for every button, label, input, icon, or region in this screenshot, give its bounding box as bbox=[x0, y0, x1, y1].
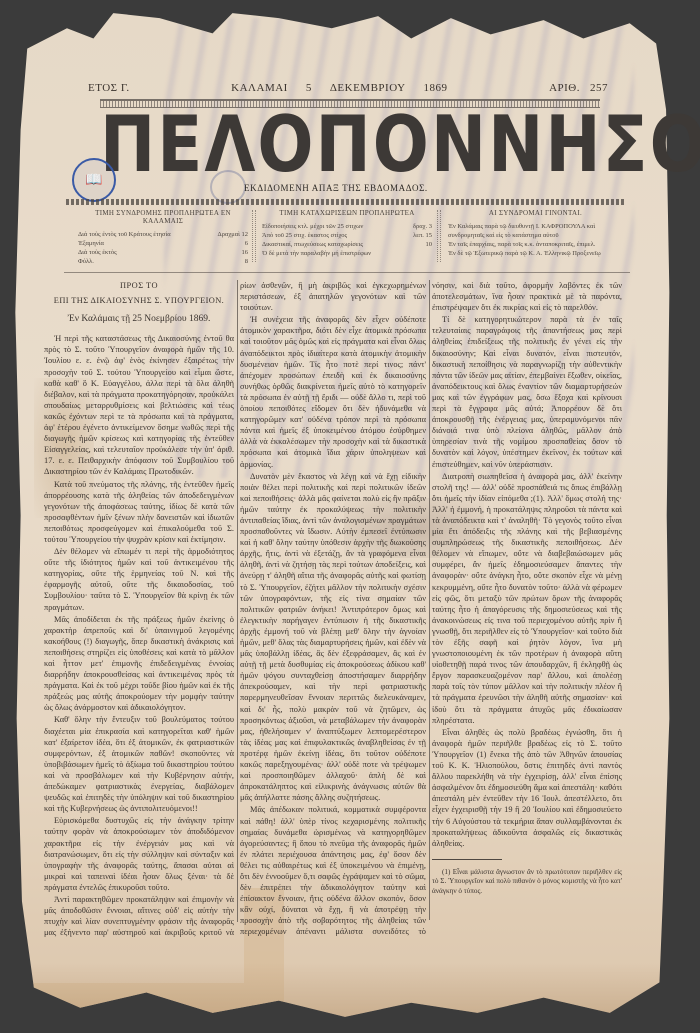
paragraph: Διατροπὴ σιωπηθεῖσα ἡ ἀναφορὰ μας, ἀλλ' … bbox=[432, 471, 622, 726]
date-month: ΔΕΚΕΜΒΡΙΟΥ bbox=[330, 82, 406, 94]
address-line-2: ΕΠΙ ΤΗΣ ΔΙΚΑΙΟΣΥΝΗΣ Σ. ΥΠΟΥΡΓΕΙΟΝ. bbox=[44, 295, 234, 306]
date-day: 5 bbox=[306, 82, 312, 94]
column-rule bbox=[429, 280, 430, 920]
advertising-heading: ΤΙΜΗ ΚΑΤΑΧΩΡΙΣΕΩΝ ΠΡΟΠΛΗΡΩΤΕΑ bbox=[262, 209, 432, 217]
dateline: ΕΤΟΣ Γ. ΚΑΛΑΜΑΙ 5 ΔΕΚΕΜΒΡΙΟΥ 1869 ΑΡΙΘ. … bbox=[88, 82, 608, 94]
ornamental-rule bbox=[66, 199, 626, 205]
paragraph: Ἡ περὶ τῆς καταστάσεως τῆς Δικαιοσύνης ἐ… bbox=[44, 333, 234, 477]
column-rule bbox=[237, 280, 238, 922]
paragraph: Ἡ συνέχεια τῆς ἀναφορᾶς δὲν εἶχεν οὐδέπο… bbox=[240, 314, 426, 469]
paragraph: Ἀντὶ παρακτηθῶμεν προκατάληψιν καὶ ἐπιμο… bbox=[44, 894, 234, 940]
year-label: ΕΤΟΣ Γ. bbox=[88, 82, 130, 94]
tape-strip bbox=[14, 983, 244, 1023]
place-name: ΚΑΛΑΜΑΙ bbox=[231, 82, 288, 94]
article-column-3: νόησιν, καὶ διὰ τοῦτο, ἀφορμὴν λαβόντες … bbox=[432, 280, 622, 897]
paragraph: Εὑρισκόμεθα δυστυχῶς εἰς τὴν ἀνάγκην τρί… bbox=[44, 815, 234, 893]
price-row: Διά τοὺς ἐντὸς τοῦ Κράτους ἐτησίαΔραχμαὶ… bbox=[78, 230, 248, 239]
price-row: Ἑξαμηνία6 bbox=[78, 239, 248, 248]
paragraph: Καθ' ὅλην τὴν ἔντευξιν τοῦ βουλεύματος τ… bbox=[44, 714, 234, 814]
footnote-rule bbox=[432, 859, 502, 860]
address-line-1: ΠΡΟΣ ΤΟ bbox=[44, 280, 234, 291]
price-row: Εἰδοποιήσεις κτλ. μέχρι τῶν 25 στιχωνδρα… bbox=[262, 222, 432, 231]
issue-label: ΑΡΙΘ. bbox=[549, 82, 580, 94]
bottom-wear bbox=[14, 963, 676, 1023]
column-divider bbox=[437, 210, 441, 262]
price-row: Δικαστικαί, πτωχεύσεως καταχωρίσεις10 bbox=[262, 240, 432, 249]
place-date: Ἐν Καλάμαις τῇ 25 Νοεμβρίου 1869. bbox=[44, 314, 234, 325]
paragraph: Κατὰ τοῦ πνεύματος τῆς πλάνης, τῆς ἐντεῦ… bbox=[44, 479, 234, 546]
subscription-prices: ΤΙΜΗ ΣΥΝΔΡΟΜΗΣ ΠΡΟΠΛΗΡΩΤΕΑ ΕΝ ΚΑΛΑΜΑΙΣ Δ… bbox=[78, 209, 248, 266]
newspaper-title: ΠΕΛΟΠΟΝΝΗΣΟΣ bbox=[100, 106, 592, 184]
column-divider bbox=[252, 210, 256, 262]
article-column-2: ρίων ἀσθενῶν, ἢ μὴ ἀκριβῶς καὶ ἐγκεχωρημ… bbox=[240, 280, 426, 940]
price-row: Φύλλ.8 bbox=[78, 257, 248, 266]
paragraph: Δὲν θέλομεν νὰ εἴπωμέν τι περὶ τῆς ἁρμοδ… bbox=[44, 546, 234, 613]
paragraph: Τί δὲ κατηγορητικώτερον παρὰ τὰ ἐν ταῖς … bbox=[432, 314, 622, 469]
book-icon: 📖 bbox=[85, 172, 102, 188]
price-row: Διὰ τοὺς ἐκτὸς16 bbox=[78, 248, 248, 257]
advertising-prices: ΤΙΜΗ ΚΑΤΑΧΩΡΙΣΕΩΝ ΠΡΟΠΛΗΡΩΤΕΑ Εἰδοποιήσε… bbox=[262, 209, 432, 258]
subscription-heading: ΤΙΜΗ ΣΥΝΔΡΟΜΗΣ ΠΡΟΠΛΗΡΩΤΕΑ ΕΝ ΚΑΛΑΜΑΙΣ bbox=[78, 209, 248, 225]
paragraph: νόησιν, καὶ διὰ τοῦτο, ἀφορμὴν λαβόντες … bbox=[432, 280, 622, 313]
issue-number: 257 bbox=[590, 82, 608, 94]
paragraph: Εἶναι ἀληθὲς ὡς πολὺ βραδέως ἐγνώσθη, ὅτ… bbox=[432, 727, 622, 849]
date-year: 1869 bbox=[424, 82, 448, 94]
paragraph: Μᾶς ἀποδίδεται ἐκ τῆς πράξεως ἡμῶν ἐκείν… bbox=[44, 614, 234, 714]
library-stamp: 📖 bbox=[72, 158, 116, 202]
subtitle: ΕΚΔΙΔΟΜΕΝΗ ΑΠΑΞ ΤΗΣ ΕΒΔΟΜΑΔΟΣ. bbox=[244, 183, 428, 193]
paragraph: ρίων ἀσθενῶν, ἢ μὴ ἀκριβῶς καὶ ἐγκεχωρημ… bbox=[240, 280, 426, 313]
price-row: Ἀπὸ τοῦ 25 στιχ. ἑκαστος στίχοςλεπ. 15 bbox=[262, 231, 432, 240]
price-row: Ὁ δὲ μετὰ τὴν παραλαβὴν μή ἐπιστρέφων bbox=[262, 249, 432, 258]
offices-heading: ΑΙ ΣΥΝΔΡΟΜΑΙ ΓΙΝΟΝΤΑΙ. bbox=[448, 209, 623, 217]
header-rule bbox=[64, 272, 630, 273]
article-column-1: ΠΡΟΣ ΤΟ ΕΠΙ ΤΗΣ ΔΙΚΑΙΟΣΥΝΗΣ Σ. ΥΠΟΥΡΓΕΙΟ… bbox=[44, 280, 234, 940]
paragraph: Δυνατὸν μὲν ἕκαστος νὰ λέγῃ καὶ νὰ ἔχῃ ε… bbox=[240, 471, 426, 804]
subscription-offices: ΑΙ ΣΥΝΔΡΟΜΑΙ ΓΙΝΟΝΤΑΙ. Ἐν Καλάμαις παρὰ … bbox=[448, 209, 623, 258]
footnote: (1) Εἶναι μάλιστα ἄγνωστον ἂν τὸ πρωτότυ… bbox=[432, 868, 622, 897]
paragraph: Μᾶς ἀπέδωκαν πολιτικά, κομματικὰ συμφέρο… bbox=[240, 804, 426, 940]
